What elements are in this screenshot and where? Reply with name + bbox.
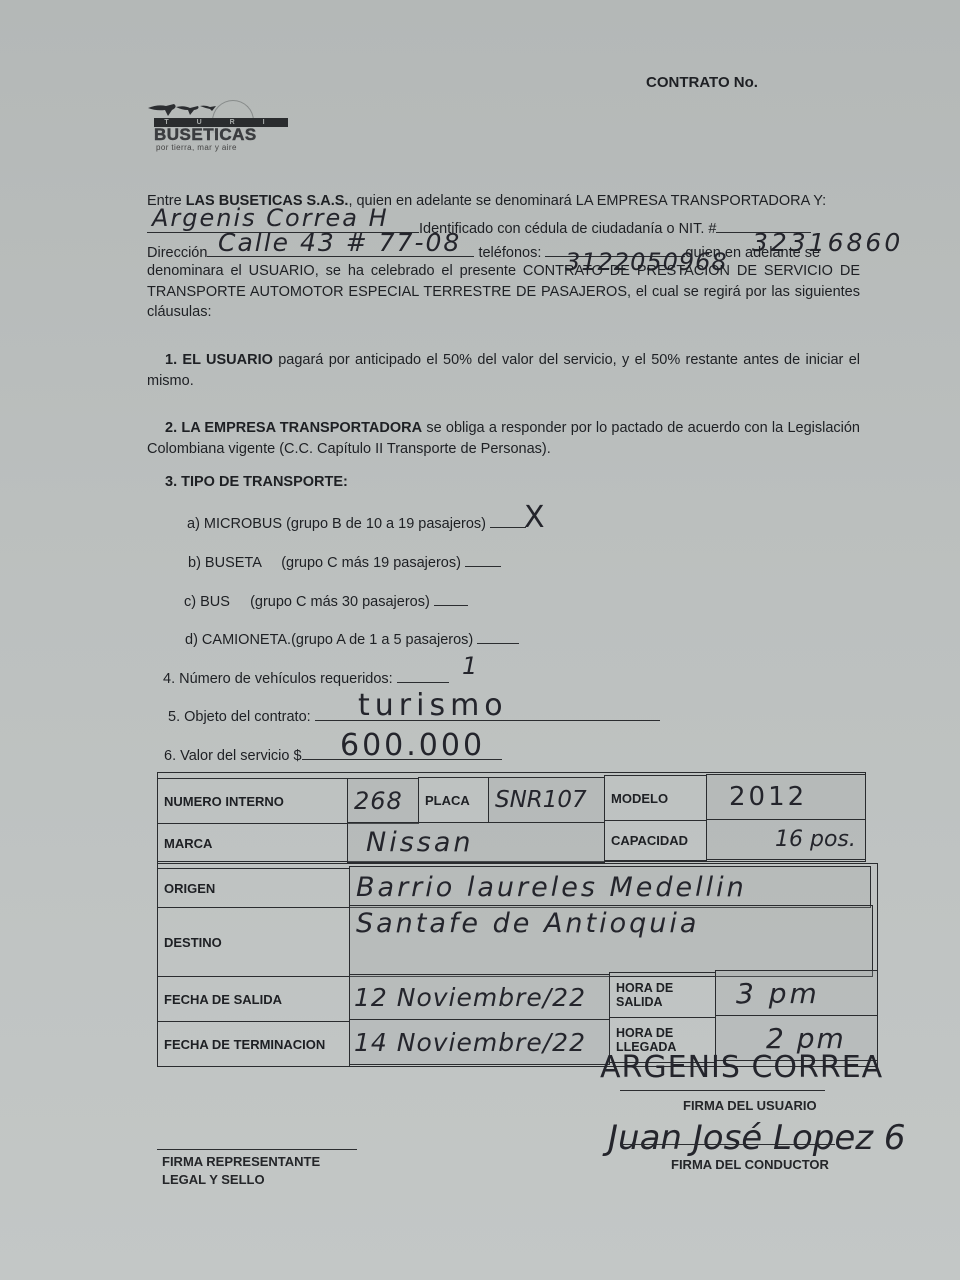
placa-value: SNR107 <box>495 787 587 813</box>
value-label: 6. Valor del servicio $ <box>164 748 302 764</box>
object-label: 5. Objeto del contrato: <box>168 709 311 725</box>
vehicles-value: 1 <box>462 652 479 680</box>
capacidad-label: CAPACIDAD <box>604 820 707 861</box>
transport-option-bus[interactable]: c) BUS (grupo C más 30 pasajeros) <box>184 591 468 610</box>
origen-cell[interactable]: Barrio laureles Medellin <box>349 866 871 908</box>
rep-label-1: FIRMA REPRESENTANTE <box>162 1153 320 1171</box>
phones-label: teléfonos: <box>478 245 541 261</box>
transport-option-buseta[interactable]: b) BUSETA (grupo C más 19 pasajeros) <box>188 552 501 571</box>
driver-signature-line[interactable] <box>620 1144 835 1145</box>
user-signature: ARGENIS CORREA <box>600 1050 883 1085</box>
vehicles-field[interactable] <box>397 668 449 683</box>
fecha-terminacion-cell[interactable]: 14 Noviembre/22 <box>349 1019 610 1065</box>
destino-label: DESTINO <box>157 907 350 977</box>
clause-1-title: 1. EL USUARIO <box>165 352 273 368</box>
hora-salida-label: HORA DESALIDA <box>609 972 716 1018</box>
object-value: turismo <box>358 688 508 723</box>
clause-1: 1. EL USUARIO pagará por anticipado el 5… <box>147 350 860 391</box>
capacidad-cell[interactable]: 16 pos. <box>706 819 866 860</box>
option-label: d) CAMIONETA.(grupo A de 1 a 5 pasajeros… <box>185 632 473 648</box>
placa-cell[interactable]: SNR107 <box>488 777 605 823</box>
company-logo: T U R I S M O BUSETICAS por tierra, mar … <box>146 100 292 156</box>
hora-llegada-label-1: HORA DE <box>616 1026 673 1040</box>
clause-2: 2. LA EMPRESA TRANSPORTADORA se obliga a… <box>147 418 860 459</box>
driver-signature: Juan José Lopez 6 <box>608 1118 906 1158</box>
modelo-value: 2012 <box>729 782 807 812</box>
intro-suffix: , quien en adelante se denominará LA EMP… <box>348 193 826 209</box>
logo-tagline: por tierra, mar y aire <box>156 143 237 152</box>
intro-paragraph: denominara el USUARIO, se ha celebrado e… <box>147 261 860 323</box>
vehicles-label: 4. Número de vehículos requeridos: <box>163 671 393 687</box>
placa-label: PLACA <box>418 777 489 823</box>
rep-label-2: LEGAL Y SELLO <box>162 1171 320 1189</box>
capacidad-value: 16 pos. <box>775 827 856 852</box>
marca-cell[interactable]: Nissan <box>347 822 605 863</box>
destino-cell[interactable]: Santafe de Antioquia <box>349 905 873 977</box>
contract-number-label: CONTRATO No. <box>646 74 758 91</box>
clause-4: 4. Número de vehículos requeridos: <box>163 668 449 687</box>
transport-option-camioneta[interactable]: d) CAMIONETA.(grupo A de 1 a 5 pasajeros… <box>185 629 519 648</box>
modelo-cell[interactable]: 2012 <box>706 774 866 820</box>
address-value: Calle 43 # 77-08 <box>218 228 461 257</box>
user-signature-label: FIRMA DEL USUARIO <box>683 1097 817 1115</box>
rep-signature-line[interactable] <box>157 1149 357 1150</box>
option-blank[interactable] <box>434 591 468 606</box>
address-label: Dirección <box>147 245 207 261</box>
fecha-salida-value: 12 Noviembre/22 <box>354 983 586 1012</box>
marca-label: MARCA <box>157 823 348 864</box>
fecha-terminacion-label: FECHA DE TERMINACION <box>157 1021 350 1067</box>
marca-value: Nissan <box>366 827 474 858</box>
transport-option-microbus[interactable]: a) MICROBUS (grupo B de 10 a 19 pasajero… <box>187 513 526 532</box>
option-blank[interactable] <box>465 552 501 567</box>
logo-name: BUSETICAS <box>154 125 257 145</box>
destino-value: Santafe de Antioquia <box>356 908 699 939</box>
hora-salida-cell[interactable]: 3 pm <box>715 970 878 1016</box>
hora-salida-label-2: SALIDA <box>616 995 663 1009</box>
service-value: 600.000 <box>340 728 485 763</box>
fecha-terminacion-value: 14 Noviembre/22 <box>354 1028 586 1057</box>
hora-salida-value: 3 pm <box>736 977 820 1010</box>
clause-2-title: 2. LA EMPRESA TRANSPORTADORA <box>165 420 422 436</box>
fecha-salida-cell[interactable]: 12 Noviembre/22 <box>349 974 610 1020</box>
fecha-salida-label: FECHA DE SALIDA <box>157 976 350 1022</box>
numero-interno-value: 268 <box>354 787 403 815</box>
option-label: a) MICROBUS (grupo B de 10 a 19 pasajero… <box>187 516 486 532</box>
modelo-label: MODELO <box>604 775 707 821</box>
user-signature-line[interactable] <box>620 1090 825 1091</box>
rep-signature-label: FIRMA REPRESENTANTE LEGAL Y SELLO <box>162 1153 320 1189</box>
origen-value: Barrio laureles Medellin <box>356 872 747 903</box>
option-label: c) BUS (grupo C más 30 pasajeros) <box>184 594 430 610</box>
numero-interno-cell[interactable]: 268 <box>347 778 419 824</box>
origen-label: ORIGEN <box>157 868 350 908</box>
option-blank[interactable] <box>490 513 526 528</box>
hora-salida-label-1: HORA DE <box>616 981 673 995</box>
option-label: b) BUSETA (grupo C más 19 pasajeros) <box>188 555 461 571</box>
selected-mark-icon: X <box>524 500 547 535</box>
id-label: Identificado con cédula de ciudadanía o … <box>419 221 716 237</box>
driver-signature-label: FIRMA DEL CONDUCTOR <box>671 1156 829 1174</box>
clause-3-title: 3. TIPO DE TRANSPORTE: <box>165 474 348 490</box>
numero-interno-label: NUMERO INTERNO <box>157 778 348 824</box>
option-blank[interactable] <box>477 629 519 644</box>
